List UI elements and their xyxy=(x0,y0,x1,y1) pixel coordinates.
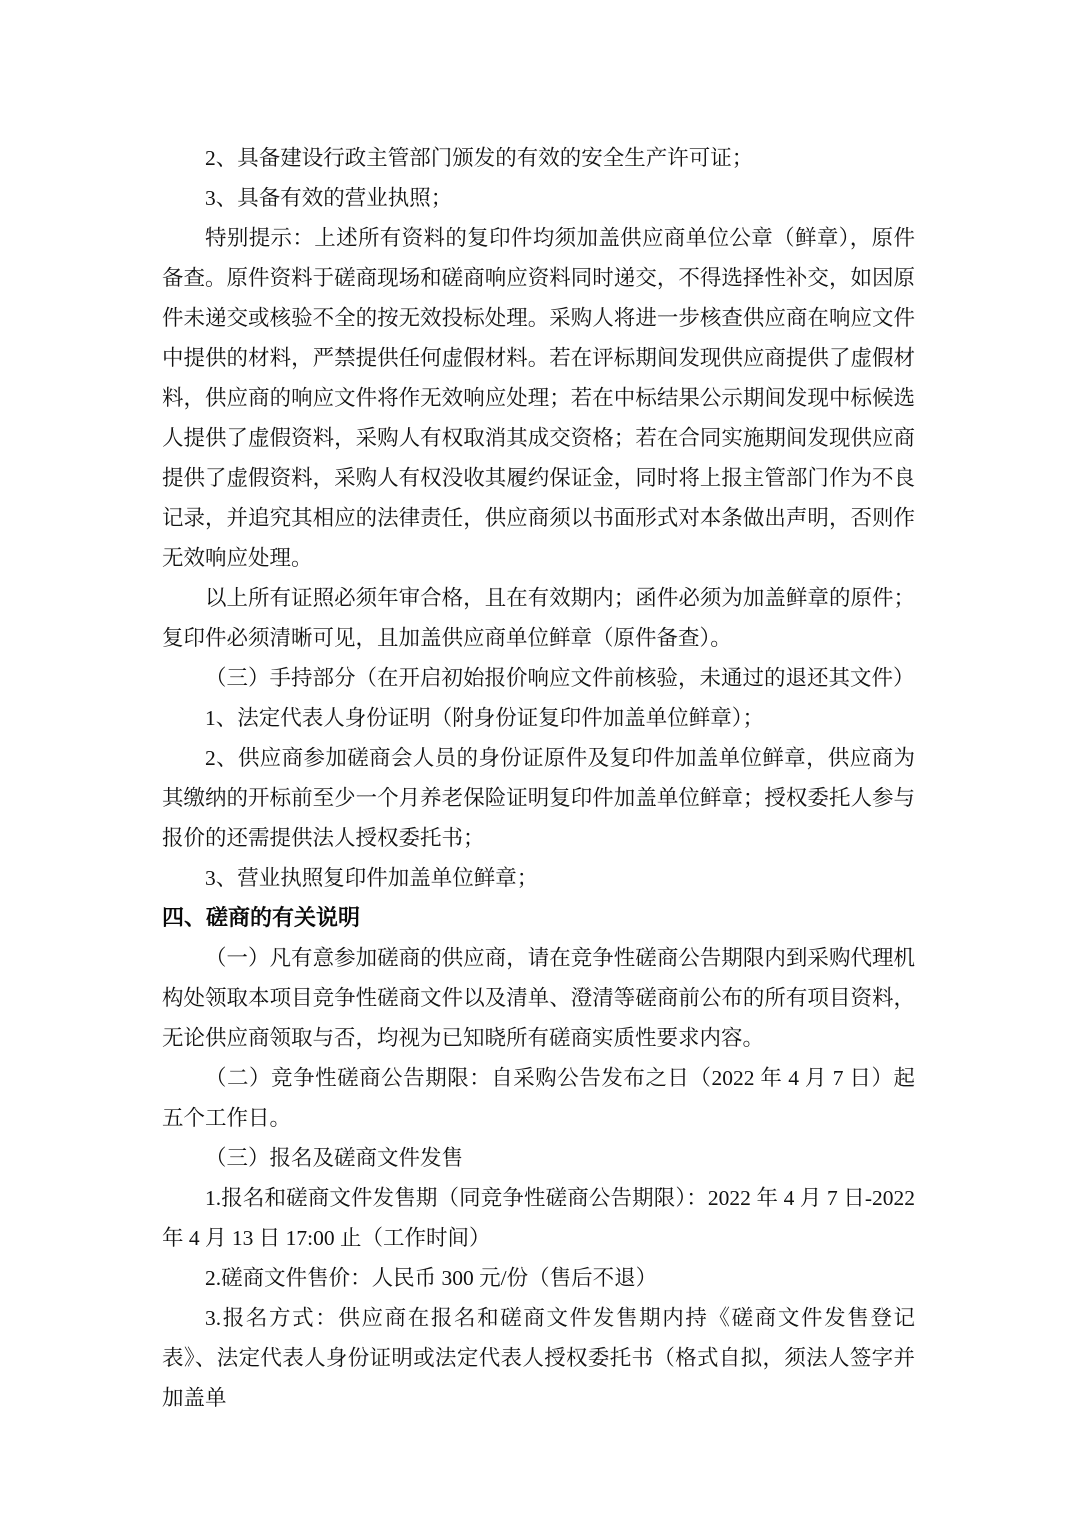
paragraph: （三）手持部分（在开启初始报价响应文件前核验，未通过的退还其文件） xyxy=(162,658,915,698)
document-content: 2、具备建设行政主管部门颁发的有效的安全生产许可证； 3、具备有效的营业执照； … xyxy=(162,138,915,1418)
paragraph: 特别提示：上述所有资料的复印件均须加盖供应商单位公章（鲜章），原件备查。原件资料… xyxy=(162,218,915,578)
paragraph: （一）凡有意参加磋商的供应商，请在竞争性磋商公告期限内到采购代理机构处领取本项目… xyxy=(162,938,915,1058)
paragraph: （三）报名及磋商文件发售 xyxy=(162,1138,915,1178)
paragraph: 2、具备建设行政主管部门颁发的有效的安全生产许可证； xyxy=(162,138,915,178)
paragraph: 3、具备有效的营业执照； xyxy=(162,178,915,218)
paragraph: 1.报名和磋商文件发售期（同竞争性磋商公告期限）：2022 年 4 月 7 日-… xyxy=(162,1178,915,1258)
paragraph: 3、营业执照复印件加盖单位鲜章； xyxy=(162,858,915,898)
paragraph: 1、法定代表人身份证明（附身份证复印件加盖单位鲜章）； xyxy=(162,698,915,738)
paragraph: 以上所有证照必须年审合格，且在有效期内；函件必须为加盖鲜章的原件；复印件必须清晰… xyxy=(162,578,915,658)
paragraph: 3.报名方式：供应商在报名和磋商文件发售期内持《磋商文件发售登记表》、法定代表人… xyxy=(162,1298,915,1418)
document-page: 2、具备建设行政主管部门颁发的有效的安全生产许可证； 3、具备有效的营业执照； … xyxy=(0,0,1074,1520)
paragraph: 2、供应商参加磋商会人员的身份证原件及复印件加盖单位鲜章，供应商为其缴纳的开标前… xyxy=(162,738,915,858)
paragraph: 2.磋商文件售价：人民币 300 元/份（售后不退） xyxy=(162,1258,915,1298)
paragraph: （二）竞争性磋商公告期限：自采购公告发布之日（2022 年 4 月 7 日）起五… xyxy=(162,1058,915,1138)
section-heading: 四、磋商的有关说明 xyxy=(162,898,915,938)
